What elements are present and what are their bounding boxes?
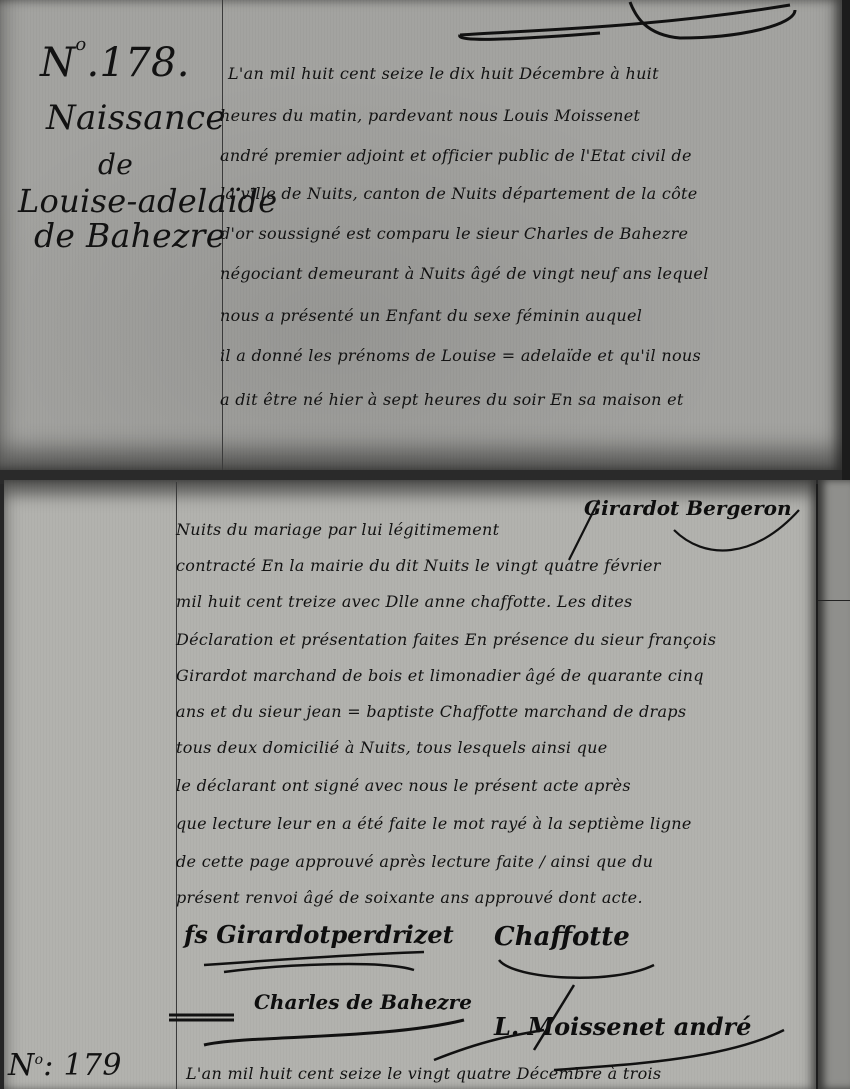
top-flourish-icon	[450, 0, 810, 45]
body-line: contracté En la mairie du dit Nuits le v…	[176, 556, 661, 576]
facing-page-rule	[818, 600, 850, 601]
body-line: ans et du sieur jean = baptiste Chaffott…	[176, 702, 686, 722]
upper-page: No.178. Naissance de Louise-adelaïde de …	[0, 0, 842, 484]
body-line: négociant demeurant à Nuits âgé de vingt…	[220, 264, 709, 284]
signature-witness-chaffotte: Chaffotte	[494, 922, 630, 952]
body-line: L'an mil huit cent seize le dix huit Déc…	[228, 64, 659, 84]
body-line: que lecture leur en a été faite le mot r…	[176, 814, 692, 834]
next-entry-number: No: 179	[8, 1048, 122, 1083]
body-line: le déclarant ont signé avec nous le prés…	[176, 776, 631, 796]
entry-number: No.178.	[40, 40, 190, 86]
margin-title-de: de	[98, 148, 133, 181]
body-line: Déclaration et présentation faites En pr…	[176, 630, 716, 650]
next-entry-first-line: L'an mil huit cent seize le vingt quatre…	[186, 1064, 661, 1084]
body-line: présent renvoi âgé de soixante ans appro…	[176, 888, 643, 908]
body-line: heures du matin, pardevant nous Louis Mo…	[220, 106, 640, 126]
facing-page-edge	[818, 480, 850, 1089]
body-line: Girardot marchand de bois et limonadier …	[176, 666, 704, 686]
body-line: de cette page approuvé après lecture fai…	[176, 852, 653, 872]
body-line: mil huit cent treize avec Dlle anne chaf…	[176, 592, 633, 612]
margin-title: Naissance	[46, 98, 226, 138]
body-line: il a donné les prénoms de Louise = adela…	[220, 346, 701, 366]
body-line: a dit être né hier à sept heures du soir…	[220, 390, 684, 410]
body-line: andré premier adjoint et officier public…	[220, 146, 692, 166]
body-line: tous deux domicilié à Nuits, tous lesque…	[176, 738, 608, 758]
body-line: d'or soussigné est comparu le sieur Char…	[220, 224, 688, 244]
margin-child-surname: de Bahezre	[34, 216, 226, 255]
lower-page: Girardot Bergeron Nuits du mariage par l…	[4, 480, 816, 1089]
body-line: nous a présenté un Enfant du sexe fémini…	[220, 306, 642, 326]
body-line: la ville de Nuits, canton de Nuits dépar…	[220, 184, 698, 204]
body-line: Nuits du mariage par lui légitimement	[176, 520, 499, 540]
